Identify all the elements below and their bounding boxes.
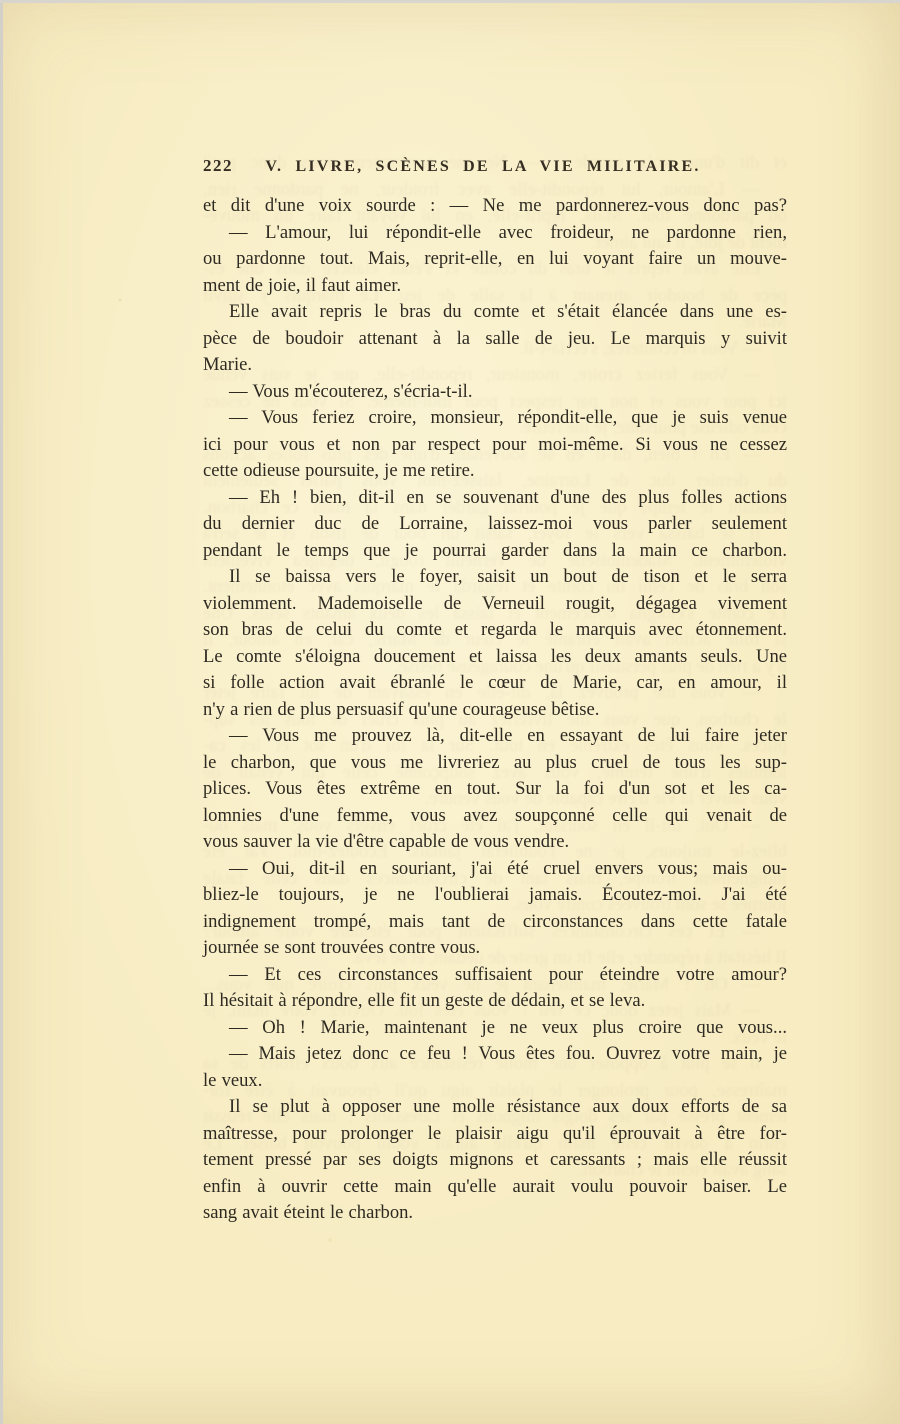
paragraph: — Et ces circonstances suffisaient pour …	[203, 962, 787, 1015]
text-line: ment de joie, il faut aimer.	[203, 273, 787, 300]
text-line: Il se plut à opposer une molle résistanc…	[203, 1094, 787, 1121]
text-line: — Vous m'écouterez, s'écria-t-il.	[203, 379, 787, 406]
text-line: Elle avait repris le bras du comte et s'…	[203, 299, 787, 326]
text-line: — Mais jetez donc ce feu ! Vous êtes fou…	[203, 1041, 787, 1068]
paragraph: — Vous feriez croire, monsieur, répondit…	[203, 405, 787, 485]
text-line: indignement trompé, mais tant de circons…	[203, 909, 787, 936]
text-line: Le comte s'éloigna doucement et laissa l…	[203, 644, 787, 671]
text-line: — Vous me prouvez là, dit-elle en essaya…	[203, 723, 787, 750]
text-line: et dit d'une voix sourde : — Ne me pardo…	[203, 193, 787, 220]
body-text: et dit d'une voix sourde : — Ne me pardo…	[203, 193, 787, 1227]
paragraph: — Oui, dit-il en souriant, j'ai été crue…	[203, 856, 787, 962]
text-line: — Eh ! bien, dit-il en se souvenant d'un…	[203, 485, 787, 512]
text-line: violemment. Mademoiselle de Verneuil rou…	[203, 591, 787, 618]
text-line: si folle action avait ébranlé le cœur de…	[203, 670, 787, 697]
text-line: pèce de boudoir attenant à la salle de j…	[203, 326, 787, 353]
paragraph: Il se plut à opposer une molle résistanc…	[203, 1094, 787, 1227]
text-line: cette odieuse poursuite, je me retire.	[203, 458, 787, 485]
text-line: maîtresse, pour prolonger le plaisir aig…	[203, 1121, 787, 1148]
running-title: V. LIVRE, SCÈNES DE LA VIE MILITAIRE.	[233, 158, 787, 176]
text-line: — Vous feriez croire, monsieur, répondit…	[203, 405, 787, 432]
text-line: ou pardonne tout. Mais, reprit-elle, en …	[203, 246, 787, 273]
text-line: Il hésitait à répondre, elle fit un gest…	[203, 988, 787, 1015]
paragraph: — Mais jetez donc ce feu ! Vous êtes fou…	[203, 1041, 787, 1094]
text-line: bliez-le toujours, je ne l'oublierai jam…	[203, 882, 787, 909]
text-line: Marie.	[203, 352, 787, 379]
text-line: vous sauver la vie d'être capable de vou…	[203, 829, 787, 856]
text-line: plices. Vous êtes extrême en tout. Sur l…	[203, 776, 787, 803]
paragraph: Il se baissa vers le foyer, saisit un bo…	[203, 564, 787, 723]
paragraph: — Vous me prouvez là, dit-elle en essaya…	[203, 723, 787, 856]
text-line: tement pressé par ses doigts mignons et …	[203, 1147, 787, 1174]
paragraph: Elle avait repris le bras du comte et s'…	[203, 299, 787, 379]
page-number: 222	[203, 156, 233, 176]
text-line: n'y a rien de plus persuasif qu'une cour…	[203, 697, 787, 724]
text-line: ici pour vous et non par respect pour mo…	[203, 432, 787, 459]
text-line: — L'amour, lui répondit-elle avec froide…	[203, 220, 787, 247]
paragraph: — Oh ! Marie, maintenant je ne veux plus…	[203, 1015, 787, 1042]
text-line: le veux.	[203, 1068, 787, 1095]
text-line: son bras de celui du comte et regarda le…	[203, 617, 787, 644]
text-line: sang avait éteint le charbon.	[203, 1200, 787, 1227]
text-line: pendant le temps que je pourrai garder d…	[203, 538, 787, 565]
book-page: 222 V. LIVRE, SCÈNES DE LA VIE MILITAIRE…	[0, 0, 900, 1424]
text-line: le charbon, que vous me livreriez au plu…	[203, 750, 787, 777]
paragraph: — L'amour, lui répondit-elle avec froide…	[203, 220, 787, 300]
text-line: — Et ces circonstances suffisaient pour …	[203, 962, 787, 989]
text-line: enfin à ouvrir cette main qu'elle aurait…	[203, 1174, 787, 1201]
text-line: journée se sont trouvées contre vous.	[203, 935, 787, 962]
page-header: 222 V. LIVRE, SCÈNES DE LA VIE MILITAIRE…	[203, 156, 787, 180]
text-line: Il se baissa vers le foyer, saisit un bo…	[203, 564, 787, 591]
text-line: — Oui, dit-il en souriant, j'ai été crue…	[203, 856, 787, 883]
page-content: 222 V. LIVRE, SCÈNES DE LA VIE MILITAIRE…	[203, 156, 787, 1227]
text-line: du dernier duc de Lorraine, laissez-moi …	[203, 511, 787, 538]
paragraph: et dit d'une voix sourde : — Ne me pardo…	[203, 193, 787, 220]
paragraph: — Vous m'écouterez, s'écria-t-il.	[203, 379, 787, 406]
paragraph: — Eh ! bien, dit-il en se souvenant d'un…	[203, 485, 787, 565]
text-line: — Oh ! Marie, maintenant je ne veux plus…	[203, 1015, 787, 1042]
text-line: lomnies d'une femme, vous avez soupçonné…	[203, 803, 787, 830]
